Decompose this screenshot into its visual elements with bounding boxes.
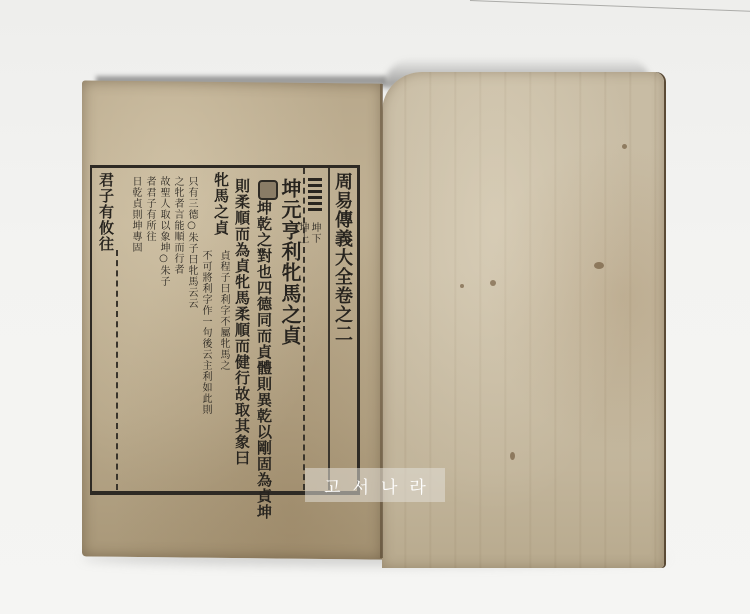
paper-stain [460,284,464,288]
book-title-column: 周易傳義大全卷之二 [333,172,351,343]
small-column-6: 日乾貞則坤專固 [130,176,140,253]
background-paper-crease [469,0,750,27]
small-column-3: 之牝者言能順而行者 [172,176,182,275]
column-rule-left [116,250,118,490]
small-column-4: 故聖人取以象坤○朱子 [158,176,168,287]
main-text-column: 坤元亨利牝馬之貞 [280,178,300,346]
main-text-column-2: 牝馬之貞 [213,172,228,236]
small-column-1b: 不可將利字作一句後云主利如此則 [200,250,210,415]
small-column-5: 者君子有所往 [144,176,154,242]
small-column-1: 貞程子曰利字不屬牝馬之 [218,250,228,371]
watermark-label: 고서나라 [305,468,445,502]
hexagram-icon [308,178,322,214]
commentary-line-2: 則柔順而為貞牝馬柔順而健行故取其象曰 [234,178,249,466]
hexagram-label-top: 坤下 [309,222,319,244]
paper-stain [622,144,627,149]
commentary-mark-icon [258,180,278,200]
small-column-2: 只有三德○朱子曰牝馬云云 [186,176,196,309]
commentary-line-1: 坤乾之對也四德同而貞體則異乾以剛固為貞坤 [256,200,271,520]
photo-scene: 周易傳義大全卷之二 坤下 坤上 坤元亨利牝馬之貞 坤乾之對也四德同而貞體則異乾以… [0,0,750,614]
last-text-column: 君子有攸往 [98,172,113,252]
paper-stain [594,262,604,269]
paper-stain [490,280,496,286]
column-rule [303,168,305,490]
paper-stain [510,452,515,460]
